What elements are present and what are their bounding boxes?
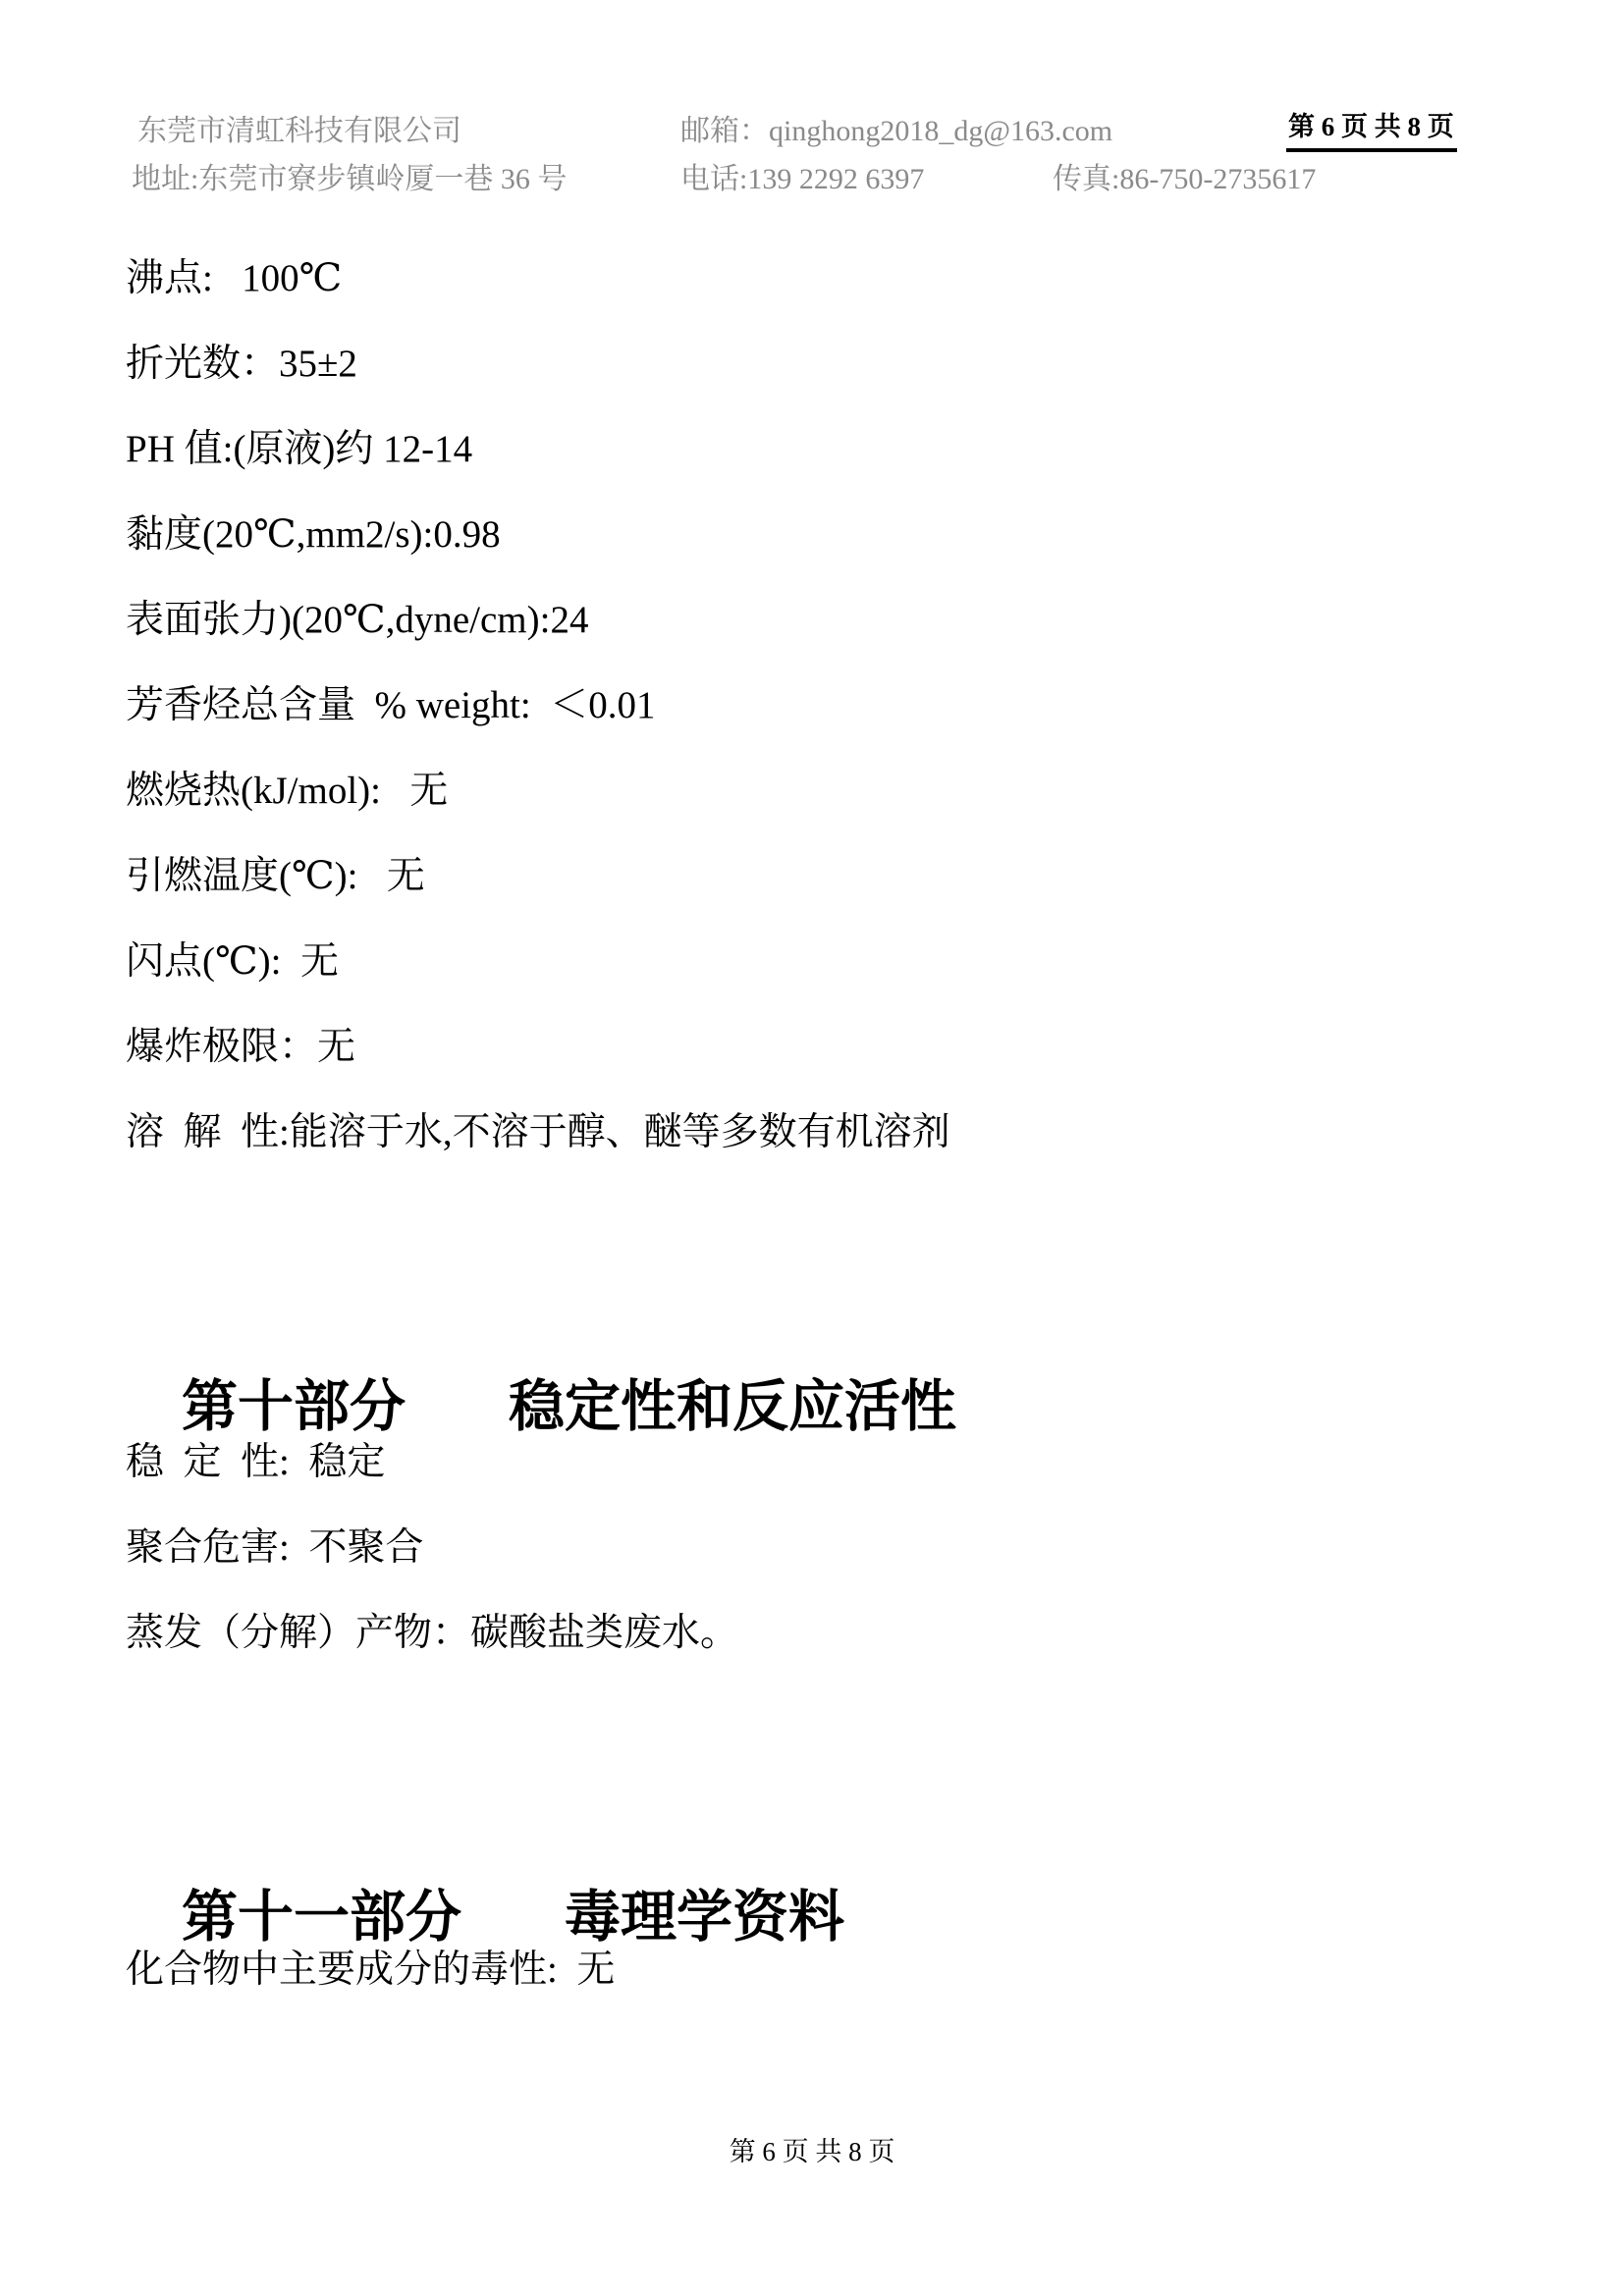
page-footer: 第 6 页 共 8 页 xyxy=(0,2132,1624,2171)
property-list: 沸点: 100℃ 折光数：35±2 PH 值:(原液)约 12-14 黏度(20… xyxy=(126,236,1565,1175)
company-phone: 电话:139 2292 6397 xyxy=(680,162,924,197)
property-line-aromatics-content: 芳香烃总含量 % weight: ＜0.01 xyxy=(126,663,1565,748)
property-line-flash-point: 闪点(℃): 无 xyxy=(126,919,1565,1004)
decomposition-products-line: 蒸发（分解）产物：碳酸盐类废水。 xyxy=(126,1590,738,1676)
document-page: 东莞市清虹科技有限公司 邮箱：qinghong2018_dg@163.com 第… xyxy=(0,0,1624,2296)
company-fax: 传真:86-750-2735617 xyxy=(1053,162,1316,197)
property-line-ph: PH 值:(原液)约 12-14 xyxy=(126,406,1565,492)
stability-line: 稳 定 性: 稳定 xyxy=(126,1419,738,1505)
page-marker-header: 第 6 页 共 8 页 xyxy=(1286,110,1457,152)
property-line-viscosity: 黏度(20℃,mm2/s):0.98 xyxy=(126,492,1565,577)
property-line-combustion-heat: 燃烧热(kJ/mol): 无 xyxy=(126,748,1565,833)
property-line-boiling-point: 沸点: 100℃ xyxy=(126,236,1565,321)
company-address: 地址:东莞市寮步镇岭厦一巷 36 号 xyxy=(132,162,567,197)
toxicity-line: 化合物中主要成分的毒性: 无 xyxy=(126,1927,615,2012)
company-email: 邮箱：qinghong2018_dg@163.com xyxy=(680,114,1112,149)
company-name: 东莞市清虹科技有限公司 xyxy=(137,114,461,149)
property-line-surface-tension: 表面张力)(20℃,dyne/cm):24 xyxy=(126,577,1565,663)
section-10-body: 稳 定 性: 稳定 聚合危害: 不聚合 蒸发（分解）产物：碳酸盐类废水。 xyxy=(126,1419,738,1676)
section-11-body: 化合物中主要成分的毒性: 无 xyxy=(126,1927,615,2012)
property-line-solubility: 溶 解 性:能溶于水,不溶于醇、醚等多数有机溶剂 xyxy=(126,1090,1565,1175)
property-line-refractive-index: 折光数：35±2 xyxy=(126,321,1565,406)
polymerization-hazard-line: 聚合危害: 不聚合 xyxy=(126,1505,738,1590)
property-line-ignition-temperature: 引燃温度(℃): 无 xyxy=(126,833,1565,919)
property-line-explosion-limit: 爆炸极限：无 xyxy=(126,1004,1565,1090)
